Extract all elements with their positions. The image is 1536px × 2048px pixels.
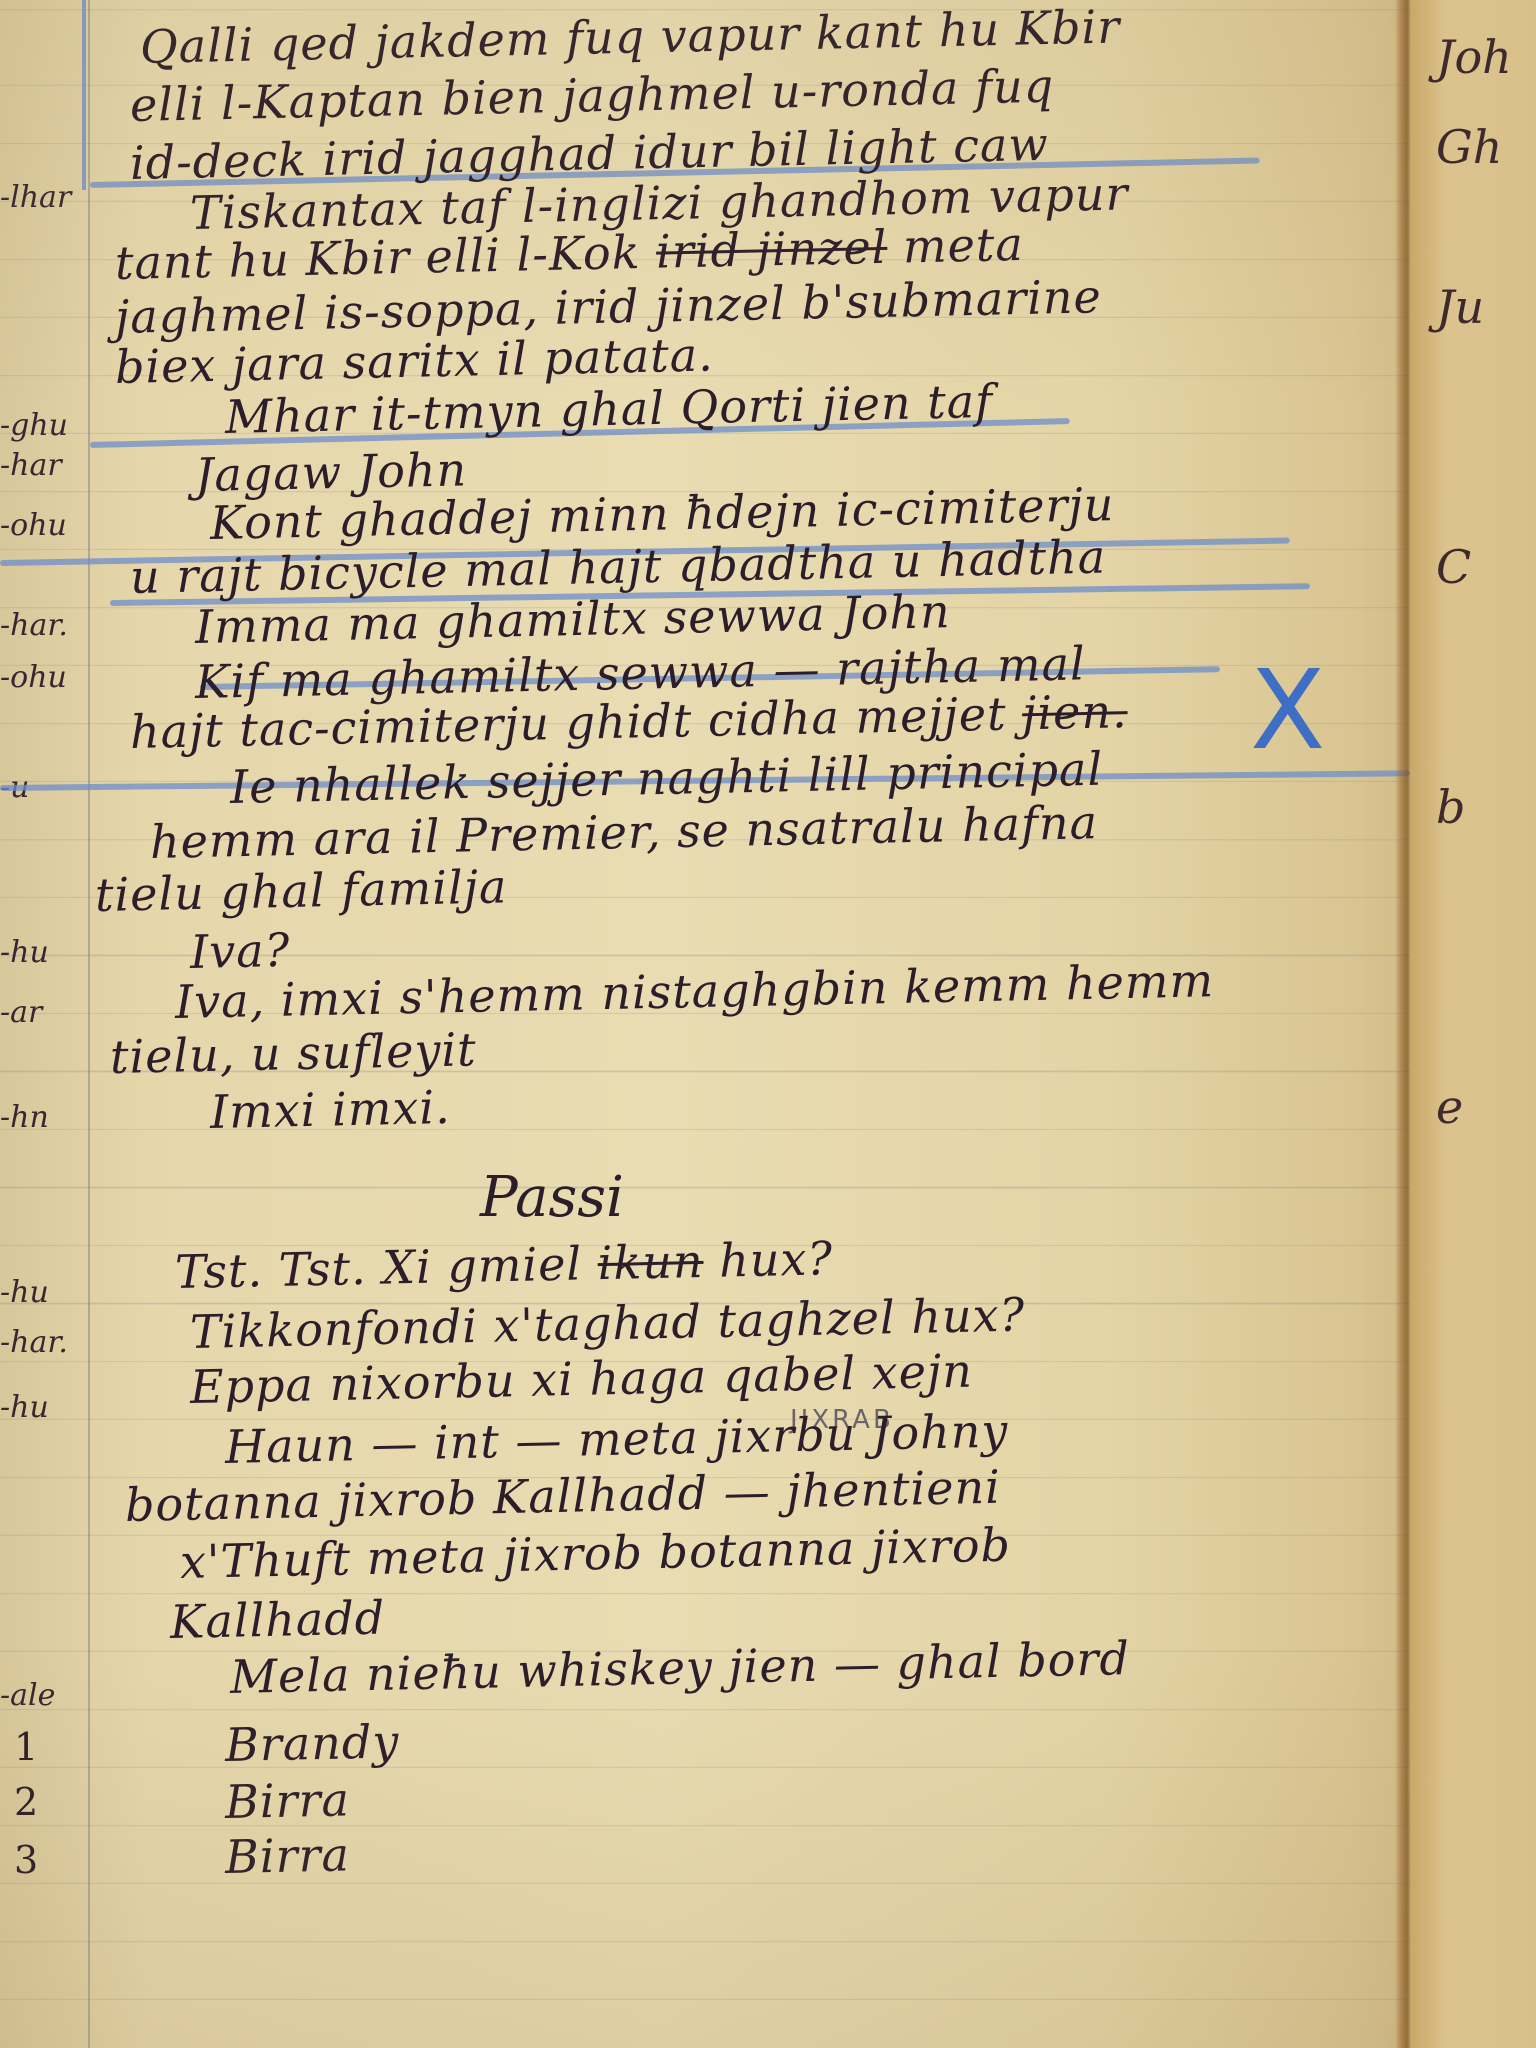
- margin-rule: [88, 0, 90, 2048]
- notebook-page: -lhar -ghu -har -ohu -har. -ohu -u -hu -…: [0, 0, 1470, 2048]
- struck-text: irid jinzel: [656, 220, 888, 279]
- margin-fragment: -hu: [0, 1390, 49, 1425]
- facing-page-fragment: e: [1436, 1080, 1463, 1134]
- list-number: 3: [14, 1838, 38, 1882]
- facing-page-fragment: Ju: [1436, 280, 1484, 334]
- list-item: Birra: [224, 1827, 350, 1884]
- margin-fragment: -har.: [0, 1325, 68, 1360]
- blue-cross-mark: X: [1250, 660, 1330, 760]
- margin-fragment: -hu: [0, 935, 49, 970]
- handwritten-line: tielu, u sufleyit: [109, 1022, 477, 1084]
- handwritten-line: tielu ghal familja: [94, 859, 507, 922]
- line-text: meta: [902, 217, 1024, 274]
- facing-page-fragment: b: [1436, 780, 1465, 834]
- margin-fragment: -ale: [0, 1678, 55, 1713]
- margin-fragment: -hn: [0, 1100, 49, 1135]
- notebook-spread: -lhar -ghu -har -ohu -har. -ohu -u -hu -…: [0, 0, 1536, 2048]
- margin-fragment: -har.: [0, 608, 68, 643]
- section-heading: Passi: [480, 1165, 624, 1230]
- margin-fragment: -ohu: [0, 508, 67, 543]
- margin-fragment: -hu: [0, 1275, 49, 1310]
- list-item: Birra: [224, 1772, 350, 1829]
- blue-margin-mark: [82, 0, 86, 190]
- facing-page: Joh Gh Ju C b e: [1410, 0, 1536, 2048]
- margin-fragment: -ar: [0, 995, 42, 1030]
- list-number: 2: [14, 1780, 38, 1824]
- line-text: hux?: [719, 1231, 834, 1287]
- line-text: Tst. Tst. Xi gmiel: [174, 1236, 582, 1299]
- facing-page-fragment: Gh: [1436, 120, 1502, 174]
- list-number: 1: [14, 1725, 38, 1769]
- list-item: Brandy: [224, 1714, 399, 1772]
- handwritten-line: Kallhadd: [169, 1590, 385, 1648]
- struck-text: ikun: [597, 1234, 704, 1290]
- handwritten-line: Iva?: [189, 923, 290, 979]
- margin-fragment: -har: [0, 448, 62, 483]
- facing-page-fragment: C: [1436, 540, 1471, 594]
- margin-fragment: -ghu: [0, 408, 68, 443]
- facing-page-fragment: Joh: [1436, 30, 1512, 84]
- handwritten-line: Imxi imxi.: [209, 1080, 451, 1139]
- margin-fragment: -lhar: [0, 180, 71, 215]
- struck-text: jien.: [1022, 684, 1129, 740]
- margin-fragment: -ohu: [0, 660, 67, 695]
